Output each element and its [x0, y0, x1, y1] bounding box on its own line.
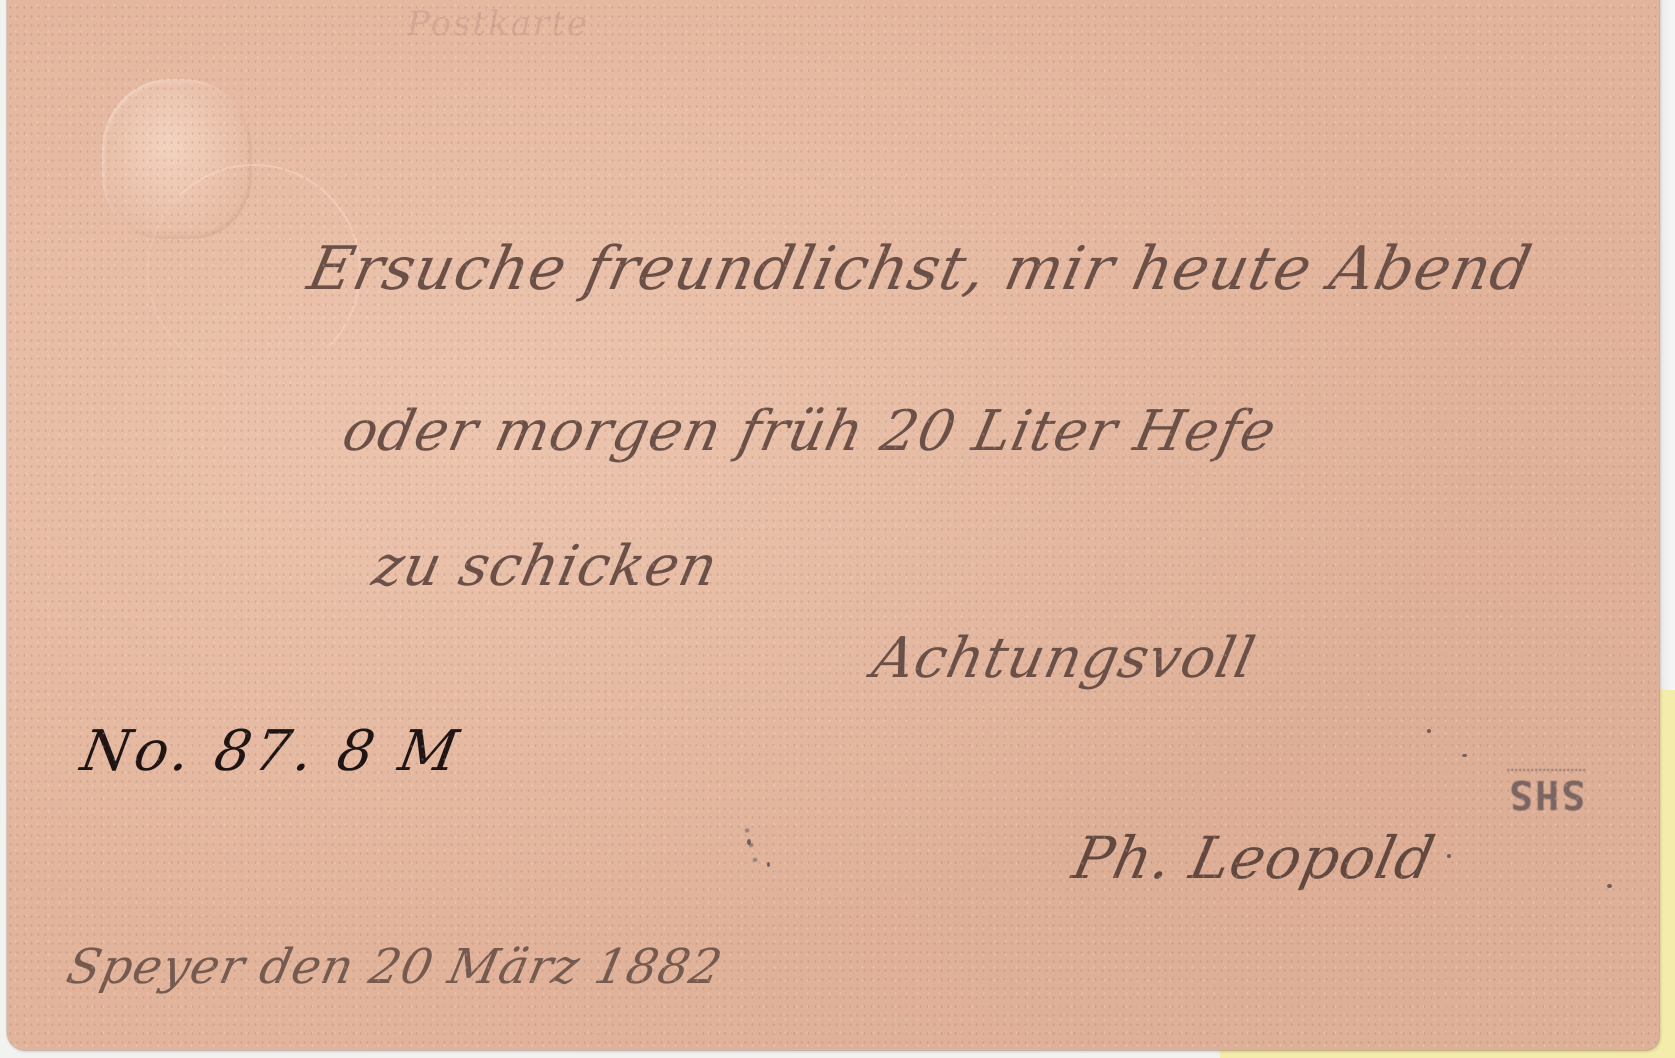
- postmark-dot: [767, 862, 770, 867]
- postmark-fragment-middle: ···: [732, 821, 768, 872]
- postmark-dot: [1607, 884, 1612, 888]
- signature: Ph. Leopold: [1067, 824, 1441, 892]
- postmark-fragment-right: SHS: [1507, 769, 1585, 817]
- closing-salutation: Achtungsvoll: [867, 626, 1261, 691]
- message-line-2: oder morgen früh 20 Liter Hefe: [337, 399, 1282, 464]
- message-line-1: Ersuche freundlichst, mir heute Abend: [302, 234, 1538, 304]
- place-and-date: Speyer den 20 März 1882: [62, 939, 728, 995]
- postmark-dot: [747, 839, 751, 845]
- reference-number: No. 87. 8 M: [76, 719, 466, 784]
- message-line-3: zu schicken: [367, 534, 724, 599]
- postcard: Postkarte Ersuche freundlichst, mir heut…: [7, 0, 1659, 1050]
- postmark-dot: [1427, 729, 1431, 733]
- postmark-dot: [1447, 854, 1451, 858]
- faint-preprinted-header: Postkarte: [407, 4, 589, 44]
- postmark-dot: [1462, 754, 1467, 757]
